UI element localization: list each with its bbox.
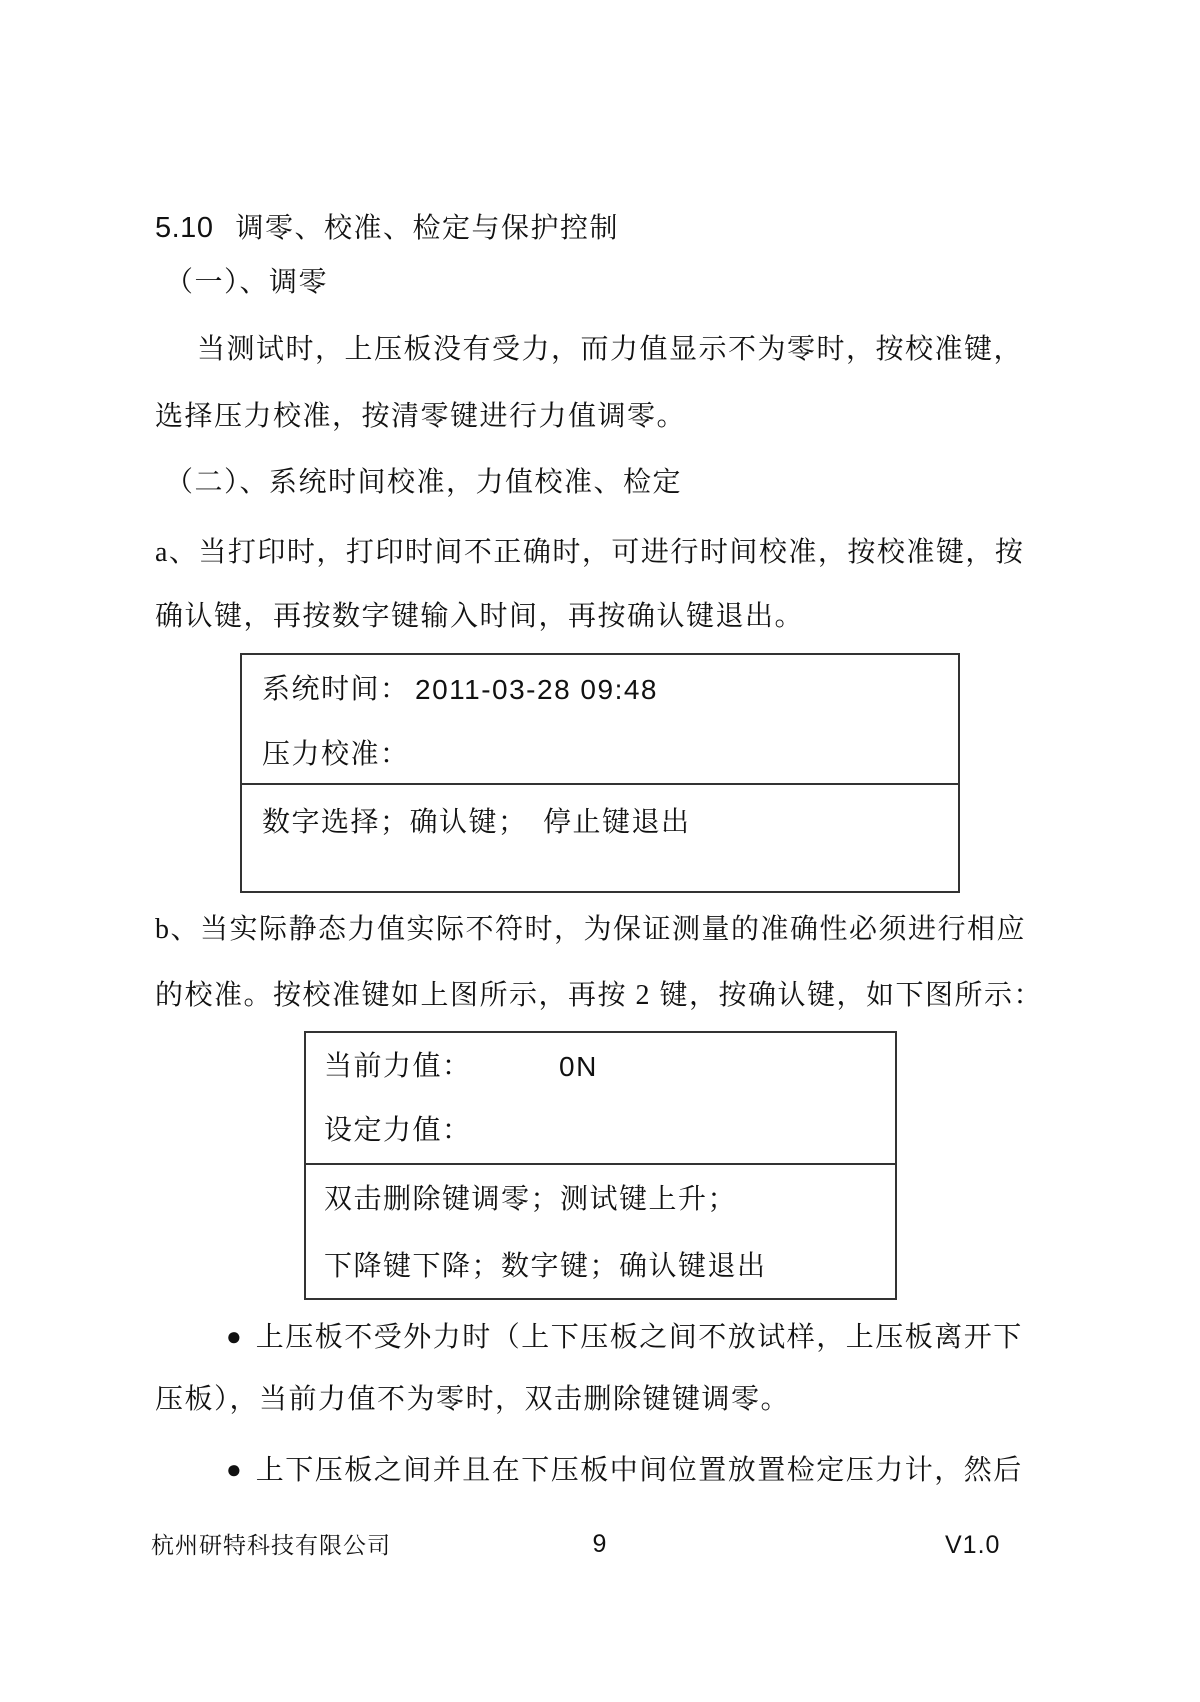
bullet-1-line-1: ●上压板不受外力时（上下压板之间不放试样，上压板离开下 <box>226 1320 1023 1355</box>
item-a-line-2: 确认键，再按数字键输入时间，再按确认键退出。 <box>155 600 804 634</box>
subsection-1-title: （一）、调零 <box>165 266 328 300</box>
panel2-hint-line-1: 双击删除键调零；测试键上升； <box>324 1183 737 1217</box>
item-b-line-1: b、当实际静态力值实际不符时，为保证测量的准确性必须进行相应 <box>155 913 1026 947</box>
display-panel-force: 当前力值： 0N 设定力值： 双击删除键调零；测试键上升； 下降键下降；数字键；… <box>304 1031 897 1300</box>
footer-version: V1.0 <box>945 1531 1000 1559</box>
set-force-label: 设定力值： <box>324 1114 472 1148</box>
current-force-label: 当前力值： <box>324 1050 472 1084</box>
system-time-value: 2011-03-28 09:48 <box>415 673 658 707</box>
display-panel-system-time: 系统时间： 2011-03-28 09:48 压力校准： 数字选择；确认键； 停… <box>240 653 960 893</box>
document-page: 5.10调零、校准、检定与保护控制 （一）、调零 当测试时，上压板没有受力，而力… <box>0 0 1200 1702</box>
footer-page-number: 9 <box>0 1530 1200 1558</box>
system-time-label: 系统时间： <box>262 673 410 707</box>
pressure-cal-label: 压力校准： <box>262 738 410 772</box>
panel1-upper-row: 系统时间： 2011-03-28 09:48 压力校准： <box>242 655 958 785</box>
bullet-icon: ● <box>226 1320 242 1354</box>
item-a-line-1: a、当打印时，打印时间不正确时，可进行时间校准，按校准键，按 <box>155 536 1024 570</box>
bullet-1-line-2: 压板），当前力值不为零时，双击删除键键调零。 <box>155 1383 790 1417</box>
para-1-line-1: 当测试时，上压板没有受力，而力值显示不为零时，按校准键， <box>197 333 1023 367</box>
section-number: 5.10 <box>155 212 213 244</box>
bullet-icon: ● <box>226 1453 242 1487</box>
para-1-line-2: 选择压力校准，按清零键进行力值调零。 <box>155 400 686 434</box>
bullet-2-line-1: ●上下压板之间并且在下压板中间位置放置检定压力计，然后 <box>226 1453 1023 1488</box>
current-force-value: 0N <box>559 1050 598 1084</box>
panel2-upper-row: 当前力值： 0N 设定力值： <box>306 1033 895 1165</box>
section-title: 调零、校准、检定与保护控制 <box>235 213 619 244</box>
subsection-2-title: （二）、系统时间校准，力值校准、检定 <box>165 466 682 500</box>
panel1-hint: 数字选择；确认键； 停止键退出 <box>262 806 691 840</box>
bullet-2-text: 上下压板之间并且在下压板中间位置放置检定压力计，然后 <box>256 1455 1023 1486</box>
panel2-hint-line-2: 下降键下降；数字键；确认键退出 <box>324 1250 767 1284</box>
item-b-line-2: 的校准。按校准键如上图所示，再按 2 键，按确认键，如下图所示： <box>155 979 1043 1013</box>
section-heading: 5.10调零、校准、检定与保护控制 <box>155 211 619 246</box>
panel1-hint-row: 数字选择；确认键； 停止键退出 <box>242 785 958 891</box>
panel2-hint-row: 双击删除键调零；测试键上升； 下降键下降；数字键；确认键退出 <box>306 1165 895 1298</box>
bullet-1-text: 上压板不受外力时（上下压板之间不放试样，上压板离开下 <box>256 1322 1023 1353</box>
